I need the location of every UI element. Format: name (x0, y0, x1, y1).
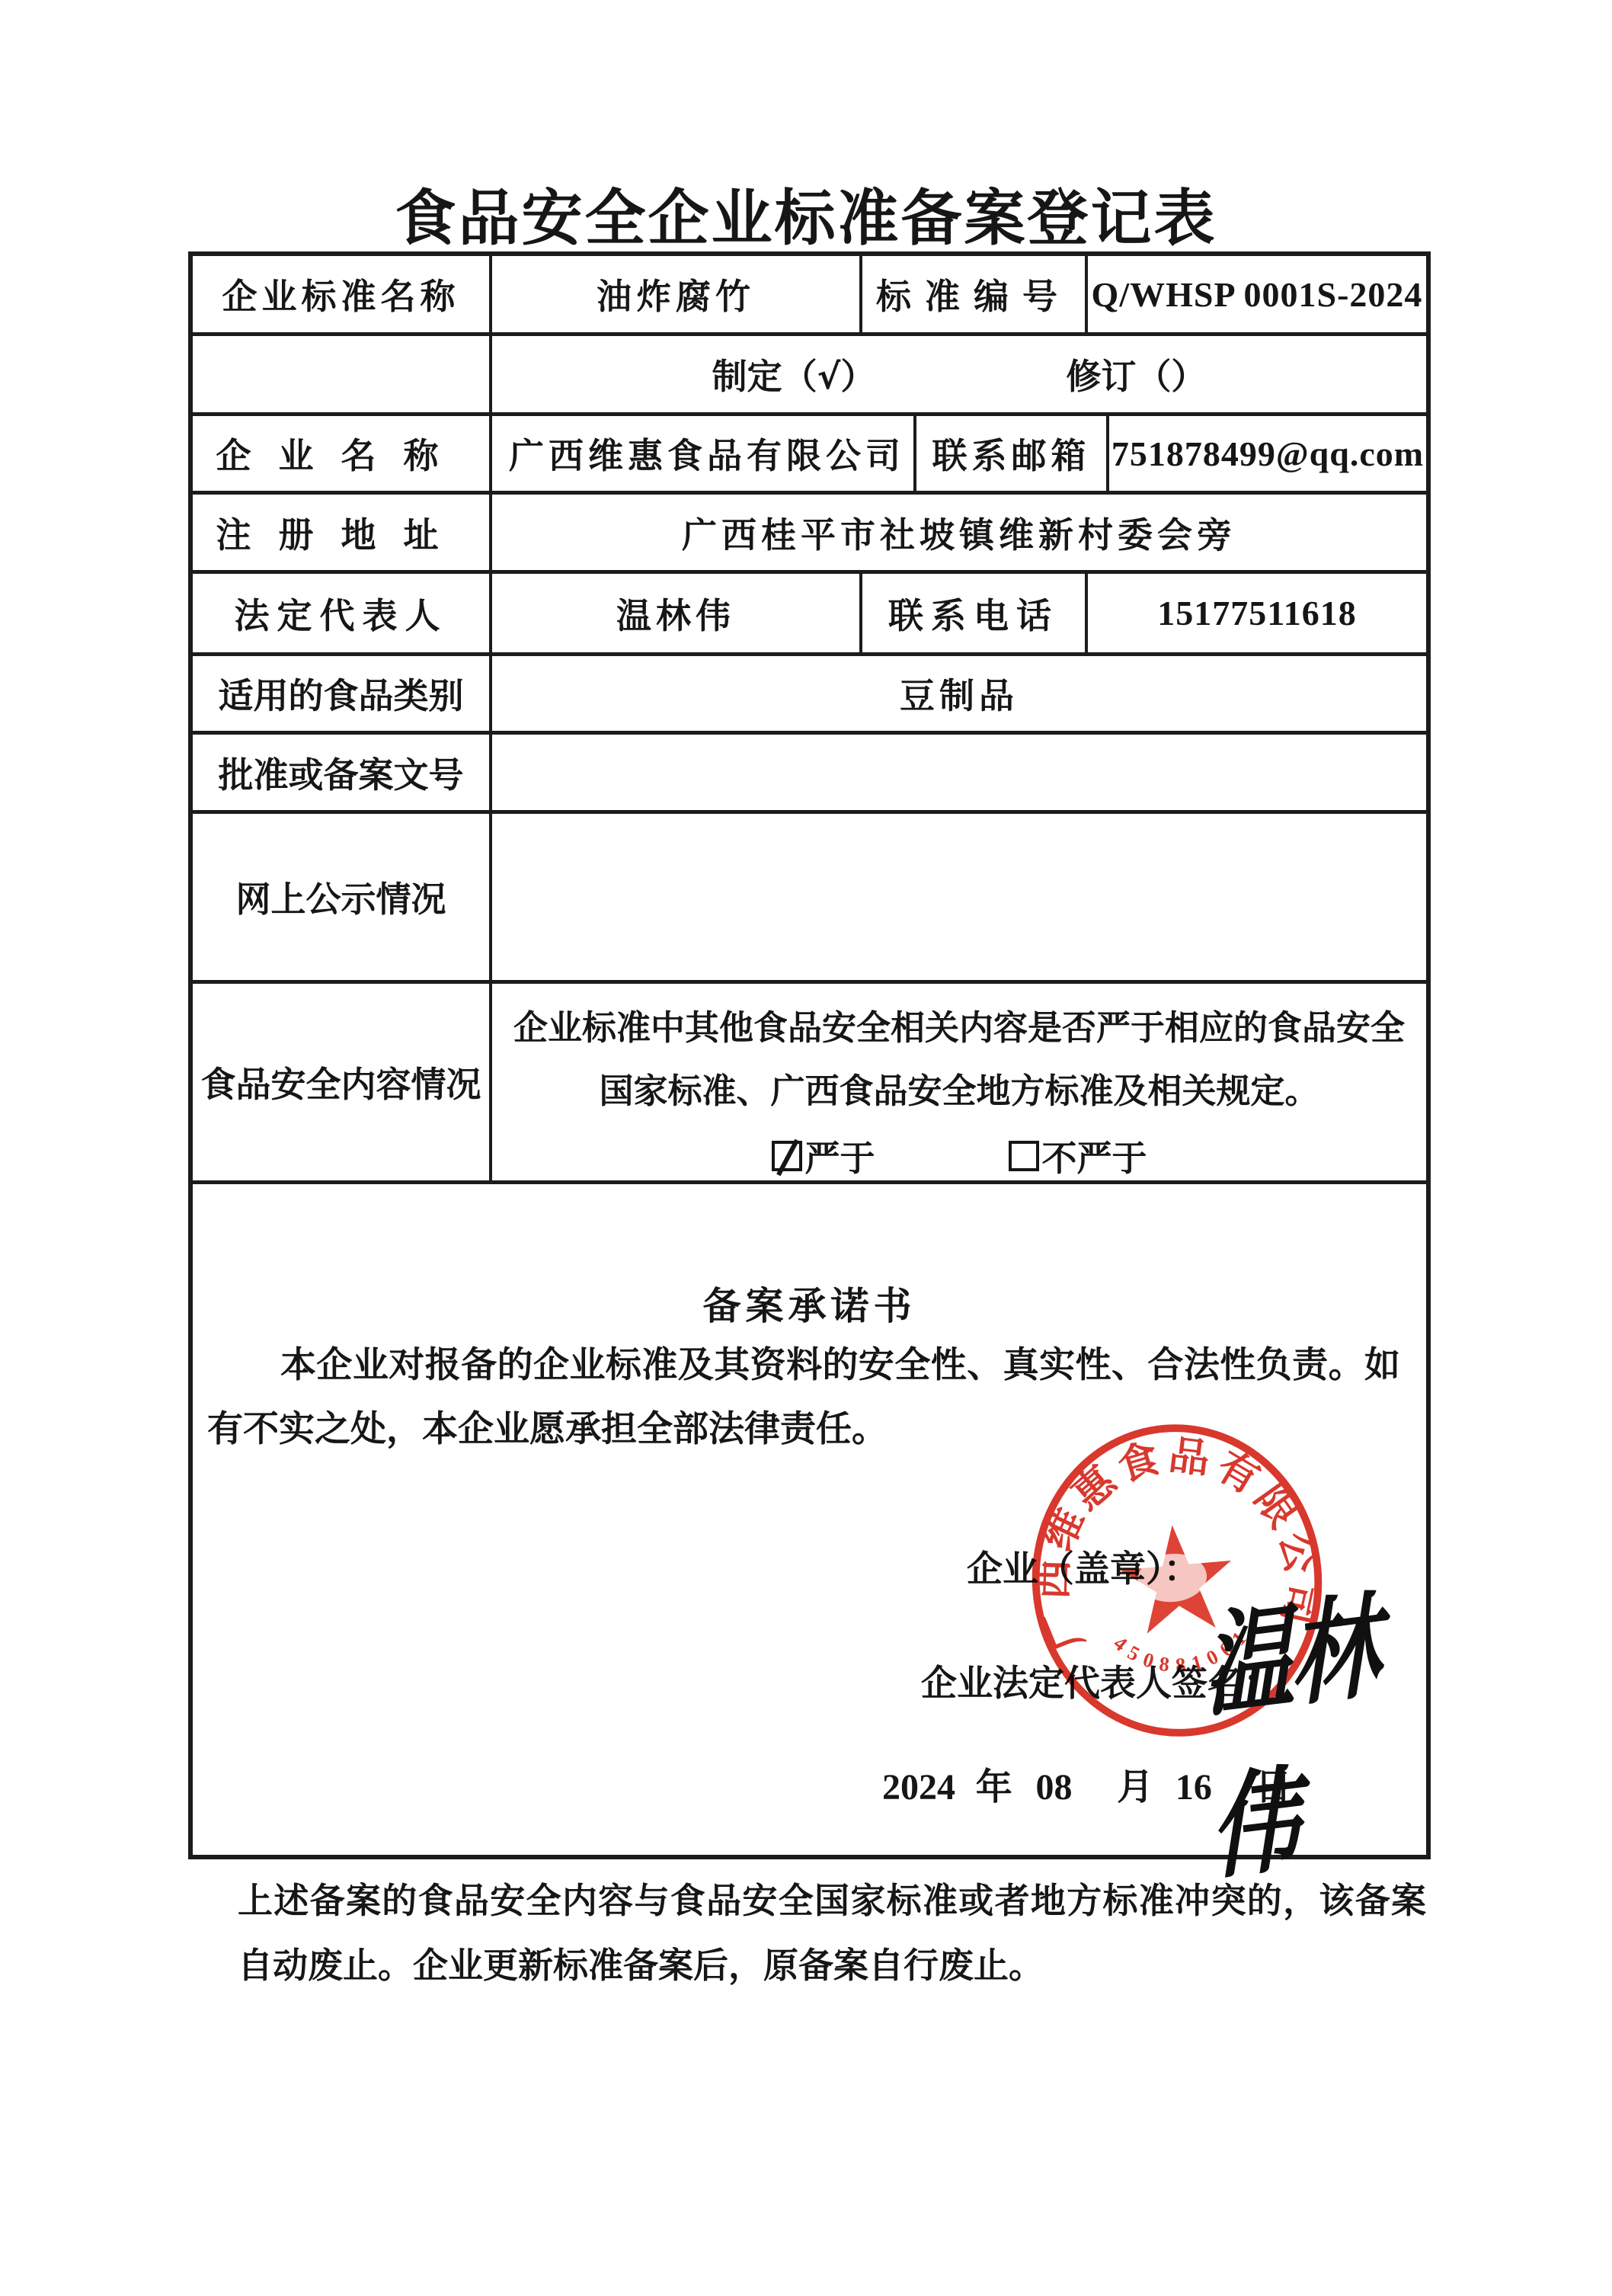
option-not-strict: 不严于 (1009, 1131, 1147, 1181)
company-value: 广西维惠食品有限公司 (492, 416, 916, 491)
date-month: 08 (1035, 1767, 1072, 1808)
standard-no-label: 标准编号 (862, 256, 1088, 332)
registration-table: 企业标准名称 油炸腐竹 标准编号 Q/WHSP 0001S-2024 制定（√）… (188, 251, 1431, 1859)
option-strict-label: 严于 (805, 1131, 875, 1181)
safety-cell: 企业标准中其他食品安全相关内容是否严于相应的食品安全国家标准、广西食品安全地方标… (492, 984, 1426, 1180)
safety-options: 严于 不严于 (509, 1131, 1409, 1181)
email-value: 751878499@qq.com (1109, 416, 1426, 491)
standard-name-value: 油炸腐竹 (492, 256, 862, 332)
option-not-strict-label: 不严于 (1042, 1131, 1147, 1181)
scanned-form-page: 食品安全企业标准备案登记表 企业标准名称 油炸腐竹 标准编号 Q/WHSP 00… (0, 0, 1612, 2296)
table-row-approval: 批准或备案文号 (193, 735, 1426, 814)
table-row-mode: 制定（√） 修订（） (193, 336, 1426, 416)
mode-revise: 修订（） (1066, 349, 1206, 399)
phone-value: 15177511618 (1088, 574, 1426, 652)
table-row-legal-rep: 法定代表人 温林伟 联系电话 15177511618 (193, 574, 1426, 656)
category-label: 适用的食品类别 (193, 656, 492, 731)
standard-name-label: 企业标准名称 (193, 256, 492, 332)
category-value: 豆制品 (492, 656, 1426, 731)
mode-cell: 制定（√） 修订（） (492, 336, 1426, 412)
table-row-category: 适用的食品类别 豆制品 (193, 656, 1426, 735)
option-strict: 严于 (772, 1131, 875, 1181)
company-label: 企业名称 (193, 416, 492, 491)
table-row-company: 企业名称 广西维惠食品有限公司 联系邮箱 751878499@qq.com (193, 416, 1426, 495)
email-label: 联系邮箱 (916, 416, 1109, 491)
publicity-value (492, 814, 1426, 980)
table-row-standard-name: 企业标准名称 油炸腐竹 标准编号 Q/WHSP 0001S-2024 (193, 256, 1426, 336)
table-row-publicity: 网上公示情况 (193, 814, 1426, 984)
publicity-label: 网上公示情况 (193, 814, 492, 980)
safety-question: 企业标准中其他食品安全相关内容是否严于相应的食品安全国家标准、广西食品安全地方标… (509, 996, 1409, 1123)
mode-make: 制定（√） (712, 349, 876, 399)
address-label: 注册地址 (193, 495, 492, 570)
approval-value (492, 735, 1426, 810)
legal-rep-value: 温林伟 (492, 574, 862, 652)
commitment-heading: 备案承诺书 (193, 1276, 1426, 1331)
date-day: 16 (1175, 1767, 1212, 1808)
unchecked-checkbox-icon (1009, 1141, 1039, 1171)
phone-label: 联系电话 (862, 574, 1088, 652)
safety-label: 食品安全内容情况 (193, 984, 492, 1180)
date-year: 2024 (882, 1767, 955, 1808)
table-row-address: 注册地址 广西桂平市社坡镇维新村委会旁 (193, 495, 1426, 574)
legal-rep-label: 法定代表人 (193, 574, 492, 652)
standard-no-value: Q/WHSP 0001S-2024 (1088, 256, 1426, 332)
handwritten-signature: 温林伟 (1201, 1549, 1431, 1901)
table-row-safety: 食品安全内容情况 企业标准中其他食品安全相关内容是否严于相应的食品安全国家标准、… (193, 984, 1426, 1184)
date-year-label: 年 (976, 1766, 1012, 1808)
approval-label: 批准或备案文号 (193, 735, 492, 810)
page-title: 食品安全企业标准备案登记表 (0, 169, 1612, 257)
mode-empty-label (193, 336, 492, 412)
date-month-label: 月 (1117, 1766, 1153, 1808)
checked-checkbox-icon (772, 1141, 802, 1171)
address-value: 广西桂平市社坡镇维新村委会旁 (492, 495, 1426, 570)
